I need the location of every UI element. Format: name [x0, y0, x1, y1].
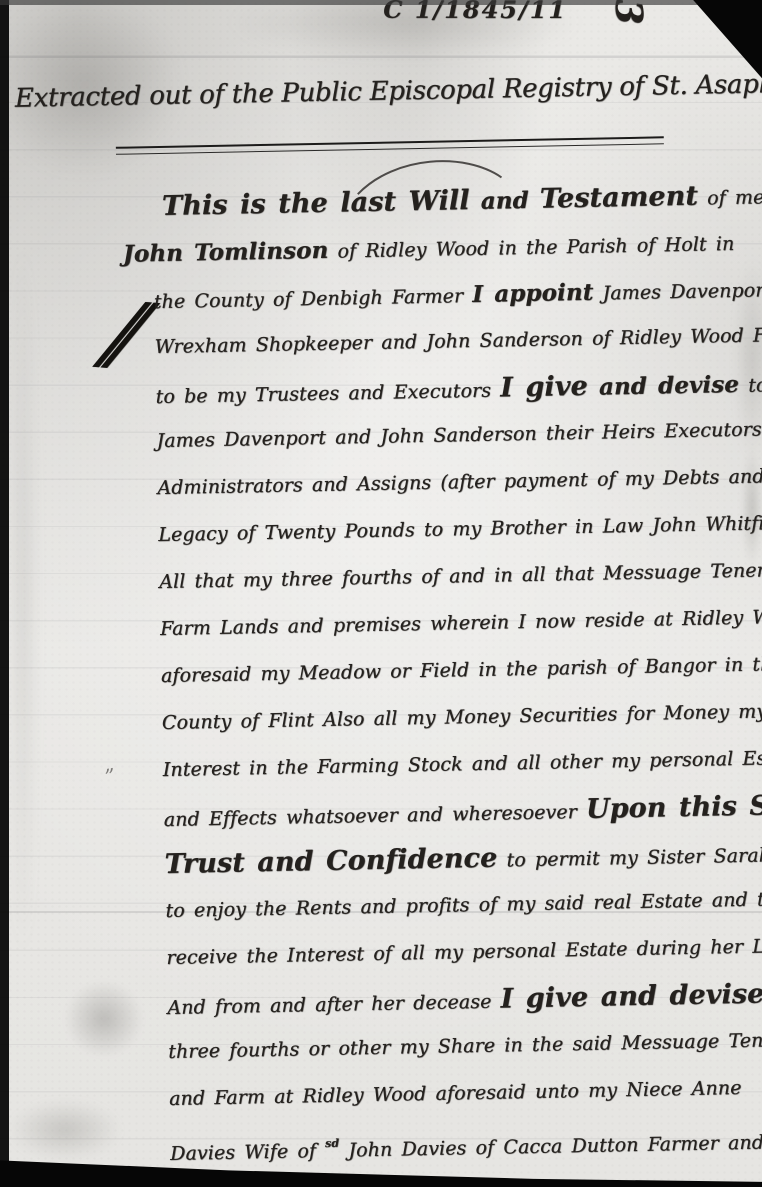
will-text: This is the last Will and Testament of m… [4, 171, 762, 1172]
scanned-page: C 1/1845/11 3 Extracted out of the Publi… [0, 0, 762, 1187]
text-segment: aforesaid my Meadow or Field in the pari… [161, 653, 762, 687]
text-segment: Administrators and Assigns (after paymen… [157, 465, 762, 499]
text-segment: James Davenport of [593, 279, 762, 305]
text-segment: Testament [540, 181, 699, 215]
text-segment: receive the Interest of all my personal … [166, 935, 762, 969]
text-segment: to be my Trustees and Executors [155, 379, 500, 408]
text-segment: and devise [588, 371, 740, 401]
text-segment: And from and after her decease [167, 991, 501, 1019]
text-segment: John Davies of Cacca Dutton Farmer and t… [339, 1131, 762, 1162]
text-segment: of Ridley Wood in the Parish of Holt in [328, 233, 734, 263]
text-segment: and Effects whatsoever and wheresoever [164, 801, 587, 831]
text-segment: Davies Wife of [170, 1140, 325, 1165]
text-segment: Wrexham Shopkeeper and John Sanderson of… [154, 323, 762, 358]
text-segment: sd [325, 1137, 339, 1150]
text-segment: James Davenport and John Sanderson their… [156, 418, 762, 452]
text-segment: John Tomlinson [123, 237, 329, 268]
page-content: C 1/1845/11 3 Extracted out of the Publi… [0, 0, 762, 1187]
text-segment: All that my three fourths of and in all … [159, 559, 762, 593]
text-segment: to the said [739, 373, 762, 397]
text-segment: Farm Lands and premises wherein I now re… [160, 606, 762, 640]
text-segment: of me [698, 186, 762, 209]
text-segment: Upon this Special [586, 789, 762, 825]
text-segment: to permit my Sister Sarah Tomlinson [497, 842, 762, 871]
text-segment: I appoint [472, 279, 594, 308]
text-segment: Trust and Confidence [164, 843, 497, 880]
heading-underline [116, 136, 664, 155]
scan-edge-left [0, 0, 9, 1187]
text-segment: the County of Denbigh Farmer [154, 285, 473, 313]
text-segment: to enjoy the Rents and profits of my sai… [165, 888, 762, 922]
text-segment: I give and devise [500, 979, 762, 1015]
text-segment: Interest in the Farming Stock and all ot… [163, 747, 762, 781]
text-segment: three fourths or other my Share in the s… [168, 1028, 762, 1063]
text-segment: I give [500, 371, 588, 404]
text-segment: This is the last Will [162, 185, 470, 222]
scan-edge-top [0, 0, 762, 5]
text-segment: and [469, 187, 540, 215]
text-segment: County of Flint Also all my Money Securi… [162, 700, 762, 734]
registry-heading: Extracted out of the Public Episcopal Re… [15, 69, 762, 114]
text-segment: Legacy of Twenty Pounds to my Brother in… [158, 512, 762, 546]
text-segment: and Farm at Ridley Wood aforesaid unto m… [169, 1077, 742, 1110]
